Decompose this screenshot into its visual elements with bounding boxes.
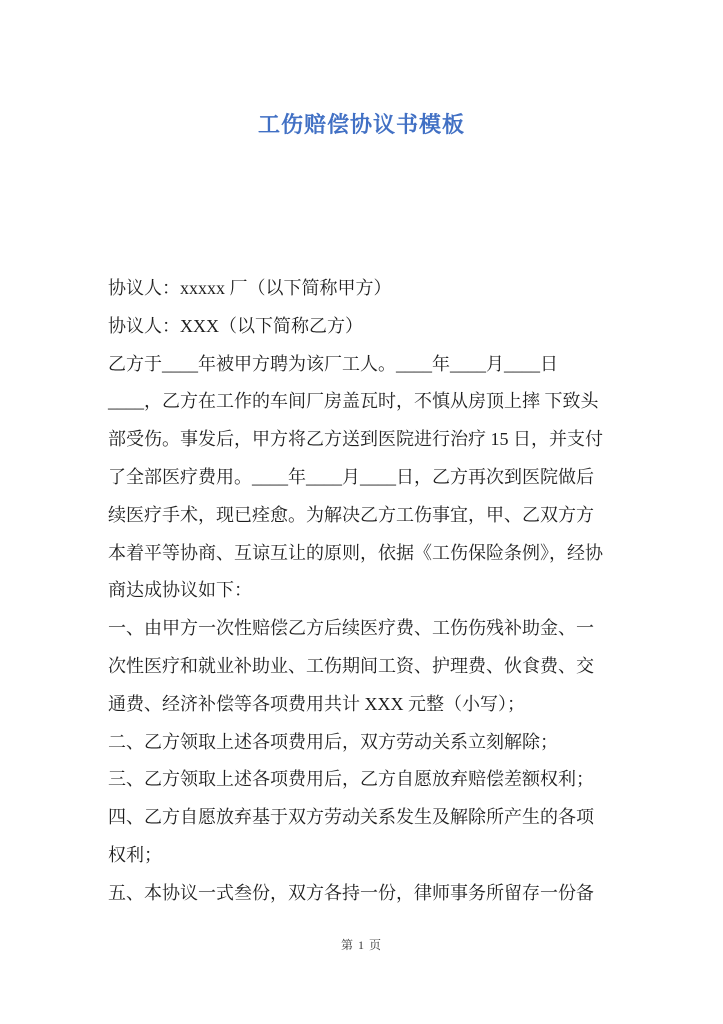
paragraph-line-party-b: 协议人：XXX（以下简称乙方）: [108, 308, 624, 346]
page-number: 第 1 页: [341, 938, 382, 952]
paragraph-line: 部受伤。事发后，甲方将乙方送到医院进行治疗 15 日，并支付: [108, 421, 624, 459]
document-page: 工伤赔偿协议书模板 协议人：xxxxx 厂（以下简称甲方） 协议人：XXX（以下…: [0, 0, 723, 1024]
clause-line-5: 五、本协议一式叁份，双方各持一份，律师事务所留存一份备: [108, 875, 624, 913]
clause-line-1: 一、由甲方一次性赔偿乙方后续医疗费、工伤伤残补助金、一: [108, 610, 624, 648]
clause-line-3: 三、乙方领取上述各项费用后，乙方自愿放弃赔偿差额权利；: [108, 761, 624, 799]
document-title: 工伤赔偿协议书模板: [0, 108, 723, 139]
paragraph-line: 续医疗手术，现已痊愈。为解决乙方工伤事宜，甲、乙双方方: [108, 497, 624, 535]
clause-line-1-cont: 通费、经济补偿等各项费用共计 XXX 元整（小写）；: [108, 686, 624, 724]
page-footer: 第 1 页: [0, 936, 723, 953]
clause-line-1-cont: 次性医疗和就业补助业、工伤期间工资、护理费、伙食费、交: [108, 648, 624, 686]
clause-line-2: 二、乙方领取上述各项费用后，双方劳动关系立刻解除；: [108, 724, 624, 762]
paragraph-line: 商达成协议如下：: [108, 572, 624, 610]
clause-line-4-cont: 权利；: [108, 837, 624, 875]
document-body: 协议人：xxxxx 厂（以下简称甲方） 协议人：XXX（以下简称乙方） 乙方于_…: [108, 270, 624, 913]
clause-line-4: 四、乙方自愿放弃基于双方劳动关系发生及解除所产生的各项: [108, 799, 624, 837]
paragraph-line: 乙方于____年被甲方聘为该厂工人。____年____月____日: [108, 346, 624, 384]
paragraph-line: 了全部医疗费用。____年____月____日，乙方再次到医院做后: [108, 459, 624, 497]
paragraph-line: ____，乙方在工作的车间厂房盖瓦时，不慎从房顶上摔 下致头: [108, 383, 624, 421]
paragraph-line: 本着平等协商、互谅互让的原则，依据《工伤保险条例》，经协: [108, 535, 624, 573]
paragraph-line-party-a: 协议人：xxxxx 厂（以下简称甲方）: [108, 270, 624, 308]
